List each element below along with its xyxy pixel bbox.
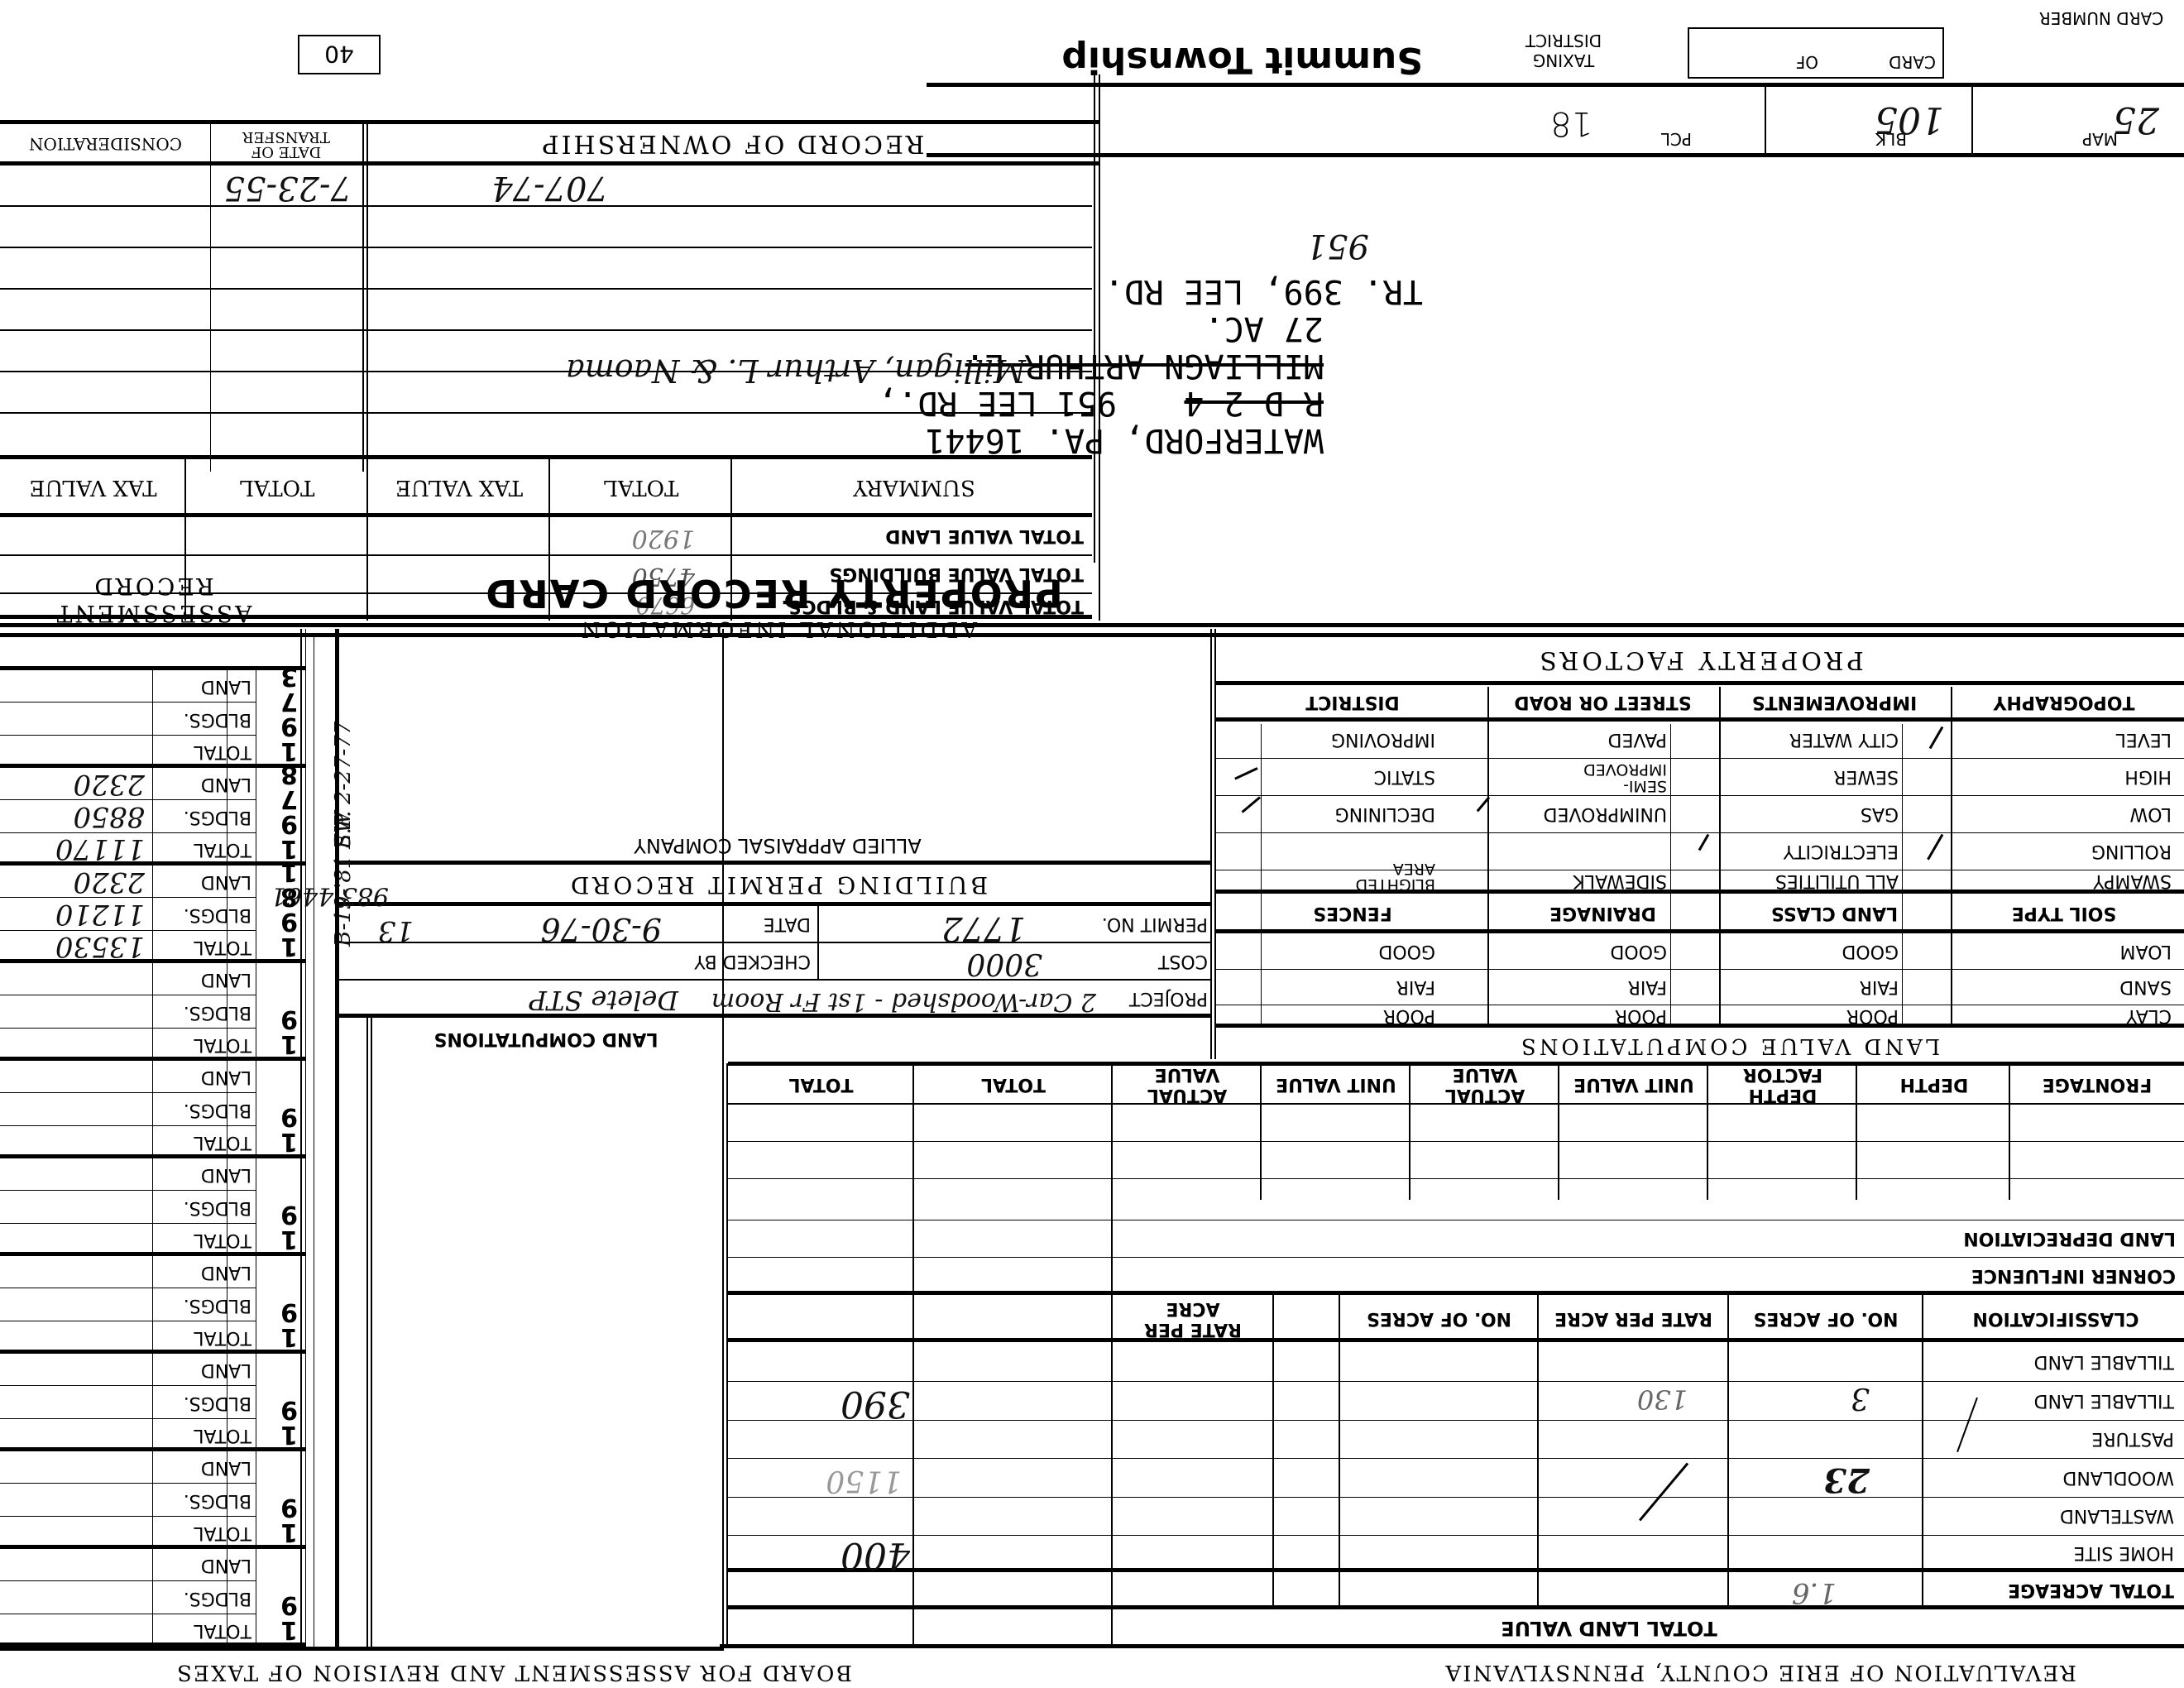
woodland-acres: 23 bbox=[1823, 1460, 1870, 1499]
total-land-value-label: TOTAL LAND VALUE bbox=[1117, 1610, 2101, 1647]
assessment-row-label: TOTAL bbox=[194, 1321, 251, 1354]
ownership-row-1-deed: 707-74 bbox=[491, 169, 608, 207]
box-number: 40 bbox=[298, 35, 381, 74]
assessment-value: 11210 bbox=[55, 898, 145, 930]
consideration-label: CONSIDERATION bbox=[4, 124, 207, 164]
slash-mark-icon bbox=[1956, 1398, 1978, 1452]
assessment-row-label: BLDGS. bbox=[184, 703, 251, 735]
check-mark-icon bbox=[1927, 834, 1943, 861]
assessment-row-label: LAND bbox=[201, 1451, 251, 1484]
owner-line-4-struck: R D 2 4 bbox=[1158, 384, 1324, 422]
revaluation-title: REVALUATION OF ERIE COUNTY, PENNSYLVANIA bbox=[1444, 1660, 2076, 1685]
assessment-row-label: LAND bbox=[201, 1549, 251, 1581]
property-factors-title: PROPERTY FACTORS bbox=[1224, 637, 2176, 683]
project-description: 2 Car-Woodshed - 1st Fr Room bbox=[711, 987, 1096, 1016]
assessment-year-block: 19TOTALBLDGS.LAND bbox=[0, 1549, 306, 1647]
assessment-row-label: TOTAL bbox=[194, 1517, 251, 1549]
land-value-computations-title: LAND VALUE COMPUTATIONS bbox=[1357, 1031, 2101, 1061]
assessment-row-label: BLDGS. bbox=[184, 1581, 251, 1614]
assessment-row-label: BLDGS. bbox=[184, 1288, 251, 1321]
assessment-value: 11170 bbox=[55, 833, 145, 866]
assessment-year: 19 bbox=[275, 1006, 298, 1056]
board-title: BOARD FOR ASSESSMENT AND REVISION OF TAX… bbox=[175, 1660, 852, 1685]
assessment-value: 2320 bbox=[73, 866, 145, 898]
map-number: 25 bbox=[2113, 98, 2159, 141]
assessment-row-label: LAND bbox=[201, 963, 251, 995]
summary-title: SUMMARY bbox=[736, 462, 1092, 513]
assessment-row-label: TOTAL bbox=[194, 1126, 251, 1158]
assessment-year-block: 19TOTALBLDGS.LAND bbox=[0, 1354, 306, 1451]
assessment-row-label: BLDGS. bbox=[184, 995, 251, 1028]
owner-line-5: WATERFORD, PA. 16441 bbox=[925, 421, 1324, 459]
assessment-year: 1978 bbox=[275, 761, 298, 861]
assessment-year: 19 bbox=[275, 1397, 298, 1446]
ownership-title: RECORD OF OWNERSHIP bbox=[372, 124, 1092, 164]
property-record-card-title: PROPERTY RECORD CARD bbox=[339, 563, 1208, 625]
building-permit-title: BUILDING PERMIT RECORD bbox=[529, 866, 1026, 904]
assessment-year: 19 bbox=[275, 1201, 298, 1251]
taxing-district-label: TAXING DISTRICT bbox=[1510, 31, 1617, 70]
assessment-row-label: BLDGS. bbox=[184, 1386, 251, 1418]
slash-mark-icon bbox=[1639, 1463, 1688, 1522]
assessment-row-label: LAND bbox=[201, 768, 251, 800]
tillable-acres: 3 bbox=[1851, 1381, 1870, 1415]
assessment-record-title: ASSESSMENT RECORD bbox=[0, 571, 306, 629]
parcel-number: 18 bbox=[1550, 104, 1592, 142]
assessment-row-label: LAND bbox=[201, 1158, 251, 1191]
summary-row-land: TOTAL VALUE LAND bbox=[885, 518, 1084, 554]
land-computations-title: LAND COMPUTATIONS bbox=[372, 1019, 720, 1059]
corner-influence-label: CORNER INFLUENCE bbox=[1971, 1259, 2176, 1293]
assessment-value: 2320 bbox=[73, 768, 145, 800]
assessment-row-label: BLDGS. bbox=[184, 898, 251, 930]
assessment-value: 8850 bbox=[73, 800, 145, 832]
allied-appraisal-title: ALLIED APPRAISAL COMPANY bbox=[529, 829, 1026, 862]
block-number: 105 bbox=[1875, 98, 1944, 141]
owner-handwritten-number: 951 bbox=[1306, 227, 1369, 265]
tillable-rate: 130 bbox=[1637, 1383, 1688, 1415]
assessment-row-label: LAND bbox=[201, 866, 251, 898]
assessment-row-label: BLDGS. bbox=[184, 1093, 251, 1125]
check-mark-icon bbox=[1698, 834, 1710, 851]
check-mark-icon bbox=[1234, 767, 1257, 779]
assessment-year-block: 19TOTALBLDGS.LAND bbox=[0, 1451, 306, 1549]
assessment-year: 1981 bbox=[275, 859, 298, 958]
assessment-row-label: LAND bbox=[201, 1354, 251, 1386]
assessment-row-label: BLDGS. bbox=[184, 1484, 251, 1516]
permit-date: 9-30-76 bbox=[540, 911, 662, 947]
assessment-year-block: 1978TOTAL11170BLDGS.8850LAND2320EW 2-27-… bbox=[0, 768, 306, 866]
assessment-row-label: TOTAL bbox=[194, 736, 251, 768]
assessment-row-label: LAND bbox=[201, 1061, 251, 1093]
check-mark-icon bbox=[1242, 796, 1261, 813]
card-of-box[interactable]: CARD OF bbox=[1688, 27, 1944, 79]
assessment-year-block: 19TOTALBLDGS.LAND bbox=[0, 963, 306, 1061]
card-number-label: CARD NUMBER bbox=[2035, 3, 2167, 33]
project-note: Delete STP bbox=[529, 985, 678, 1016]
assessment-year: 1973 bbox=[275, 664, 298, 763]
tillable-value: 390 bbox=[841, 1383, 910, 1425]
assessment-year: 19 bbox=[275, 1494, 298, 1544]
assessment-year-block: 19TOTALBLDGS.LAND bbox=[0, 1158, 306, 1256]
permit-number: 1772 bbox=[941, 909, 1026, 947]
assessment-year-block: 1973TOTALBLDGS.LAND bbox=[0, 670, 306, 768]
assessment-row-label: TOTAL bbox=[194, 931, 251, 963]
land-depreciation-label: LAND DEPRECIATION bbox=[1963, 1221, 2176, 1256]
assessment-year: 19 bbox=[275, 1592, 298, 1642]
assessment-year-block: 1981TOTAL13530BLDGS.11210LAND2320B-19-'8… bbox=[0, 866, 306, 963]
card-number-mark bbox=[2004, 37, 2023, 70]
assessment-row-label: TOTAL bbox=[194, 833, 251, 866]
township-name: Summit Township bbox=[1061, 39, 1423, 81]
classification-label: CLASSIFICATION bbox=[1932, 1297, 2180, 1340]
home-site-value: 400 bbox=[841, 1534, 910, 1576]
assessment-year-block: 19TOTALBLDGS.LAND bbox=[0, 1061, 306, 1158]
assessment-row-label: LAND bbox=[201, 670, 251, 703]
assessment-row-label: TOTAL bbox=[194, 1029, 251, 1061]
assessment-row-label: TOTAL bbox=[194, 1419, 251, 1451]
owner-line-2: 27 AC. bbox=[1205, 309, 1324, 348]
date-of-transfer-label: DATE OF TRANSFER bbox=[213, 124, 360, 164]
ownership-row-1-date: 7-23-55 bbox=[224, 169, 352, 207]
assessment-row-label: BLDGS. bbox=[184, 800, 251, 832]
assessment-year: 19 bbox=[275, 1104, 298, 1153]
assessment-row-label: TOTAL bbox=[194, 1614, 251, 1647]
total-acreage: 1.6 bbox=[1792, 1576, 1837, 1609]
check-mark-icon bbox=[1929, 727, 1944, 749]
woodland-value: 1150 bbox=[826, 1464, 902, 1498]
assessment-year: 19 bbox=[275, 1299, 298, 1349]
assessment-value: 13530 bbox=[55, 931, 145, 963]
owner-line-1: TR. 399, LEE RD. bbox=[1104, 272, 1423, 310]
owner-line-4: 951 LEE RD., bbox=[878, 384, 1117, 422]
assessment-year-block: 19TOTALBLDGS.LAND bbox=[0, 1256, 306, 1354]
permit-cost: 3000 bbox=[966, 947, 1042, 981]
assessment-row-label: BLDGS. bbox=[184, 1191, 251, 1223]
assessment-row-label: TOTAL bbox=[194, 1224, 251, 1256]
assessment-row-label: LAND bbox=[201, 1256, 251, 1288]
property-record-card: CARD NUMBER CARD OF TAXING DISTRICT Summ… bbox=[0, 0, 2184, 1688]
